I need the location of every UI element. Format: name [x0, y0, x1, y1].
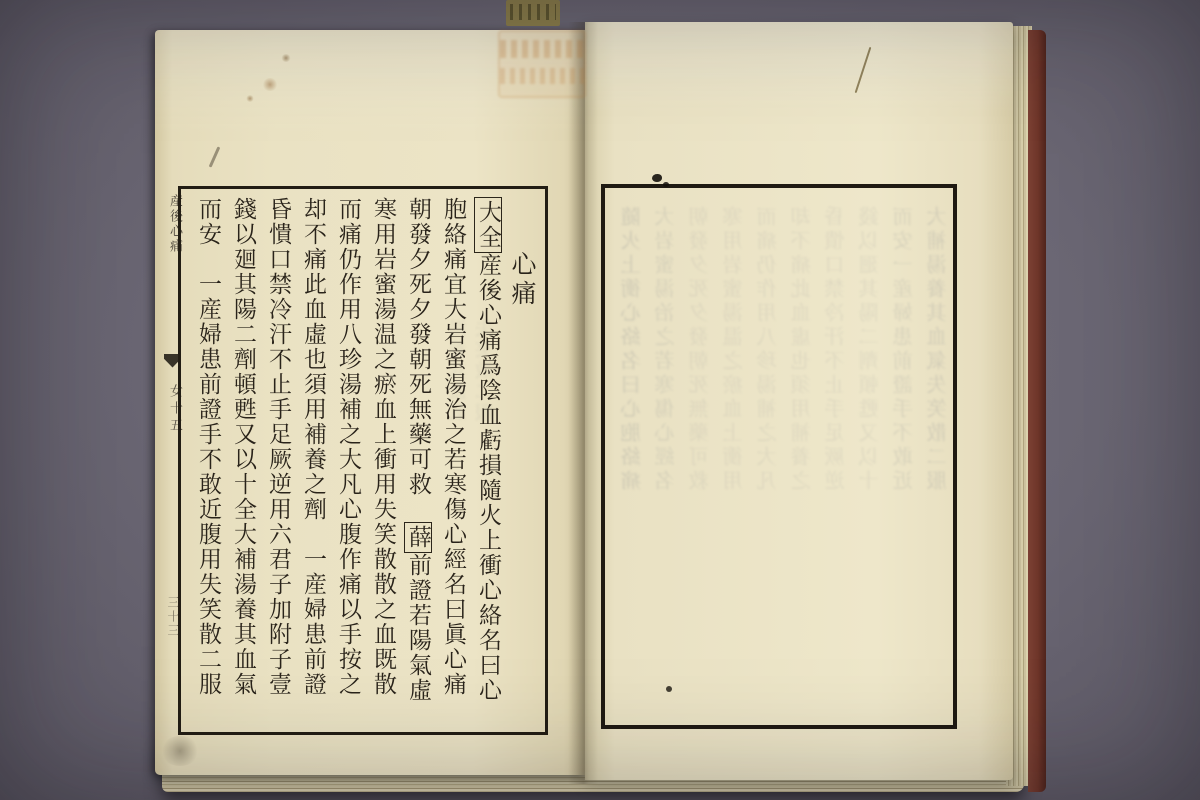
boxed-source-label: 大全	[474, 197, 502, 253]
text-run: 胞絡痛宜大岩蜜湯治之若寒傷心經名曰眞心痛	[440, 197, 466, 697]
text-run: 産後心痛爲陰血虧損隨火上衝心絡名曰心	[475, 253, 501, 703]
show-through-column: 大岩蜜湯治之若寒傷心經名	[649, 206, 683, 707]
show-through-column: 錢以廻其陽二劑頓甦又以十	[853, 206, 887, 707]
text-run: 錢以廻其陽二劑頓甦又以十全大補湯養其血氣	[230, 197, 256, 697]
show-through-layer: 隨火上衝心絡名曰心胞絡痛大岩蜜湯治之若寒傷心經名朝發夕死夕發朝死無藥可救寒用岩蜜…	[611, 192, 947, 721]
ink-blot	[666, 686, 672, 692]
open-book: 産後心痛 女十五 三十三 心痛 大全産後心痛爲陰血虧損隨火上衝心絡名曰心胞絡痛宜…	[148, 18, 1052, 790]
text-column: 而痛仍作用八珍湯補之大凡心腹作痛以手按之	[330, 197, 365, 724]
left-text-frame: 心痛 大全産後心痛爲陰血虧損隨火上衝心絡名曰心胞絡痛宜大岩蜜湯治之若寒傷心經名曰…	[178, 186, 548, 735]
right-text-frame: 隨火上衝心絡名曰心胞絡痛大岩蜜湯治之若寒傷心經名朝發夕死夕發朝死無藥可救寒用岩蜜…	[601, 184, 957, 729]
show-through-column: 隨火上衝心絡名曰心胞絡痛	[615, 206, 649, 707]
text-column: 錢以廻其陽二劑頓甦又以十全大補湯養其血氣	[225, 197, 260, 724]
column-gap	[300, 522, 326, 547]
text-column: 昏憒口禁冷汗不止手足厥逆用六君子加附子壹	[260, 197, 295, 724]
text-run: 昏憒口禁冷汗不止手足厥逆用六君子加附子壹	[265, 197, 291, 697]
show-through-column: 昏憒口禁冷汗不止手足厥逆	[819, 206, 853, 707]
show-through-column: 大補湯養其血氣失笑散二服	[921, 206, 955, 707]
text-column: 大全産後心痛爲陰血虧損隨火上衝心絡名曰心	[470, 197, 505, 724]
photo-background: 産後心痛 女十五 三十三 心痛 大全産後心痛爲陰血虧損隨火上衝心絡名曰心胞絡痛宜…	[0, 0, 1200, 800]
ink-blot	[663, 182, 669, 187]
corner-smudge	[160, 736, 200, 766]
column-gap	[195, 247, 221, 272]
text-run: 一産婦患前證	[300, 547, 326, 697]
text-run: 却不痛此血虛也須用補養之劑	[300, 197, 326, 522]
show-through-column: 朝發夕死夕發朝死無藥可救	[683, 206, 717, 707]
boxed-source-label: 薛	[404, 522, 432, 553]
text-column: 却不痛此血虛也須用補養之劑 一産婦患前證	[295, 197, 330, 724]
show-through-column: 而痛仍作用八珍湯補之大凡	[751, 206, 785, 707]
text-run: 前證若陽氣虛	[405, 553, 431, 703]
show-through-column: 寒用岩蜜湯温之瘀血上衝用	[717, 206, 751, 707]
spine-label-tag	[506, 0, 560, 26]
text-column: 寒用岩蜜湯温之瘀血上衝用失笑散散之血既散	[365, 197, 400, 724]
left-page: 産後心痛 女十五 三十三 心痛 大全産後心痛爲陰血虧損隨火上衝心絡名曰心胞絡痛宜…	[155, 30, 585, 775]
text-run: 寒用岩蜜湯温之瘀血上衝用失笑散散之血既散	[370, 197, 396, 697]
text-column: 而安 一産婦患前證手不敢近腹用失笑散二服	[190, 197, 225, 724]
show-through-column: 却不痛此血虛也須用補養之	[785, 206, 819, 707]
ink-blot	[652, 174, 662, 182]
text-column: 朝發夕死夕發朝死無藥可救 薛前證若陽氣虛	[400, 197, 435, 724]
show-through-column: 而安一産婦患前證手不敢近	[887, 206, 921, 707]
book-cover-edge	[1028, 30, 1046, 792]
text-column: 胞絡痛宜大岩蜜湯治之若寒傷心經名曰眞心痛	[435, 197, 470, 724]
text-run: 而安	[195, 197, 221, 247]
text-run: 而痛仍作用八珍湯補之大凡心腹作痛以手按之	[335, 197, 361, 697]
text-run: 朝發夕死夕發朝死無藥可救	[405, 197, 431, 497]
right-page: 隨火上衝心絡名曰心胞絡痛大岩蜜湯治之若寒傷心經名朝發夕死夕發朝死無藥可救寒用岩蜜…	[585, 22, 1013, 780]
text-columns: 心痛 大全産後心痛爲陰血虧損隨火上衝心絡名曰心胞絡痛宜大岩蜜湯治之若寒傷心經名曰…	[181, 189, 545, 732]
library-seal-stamp	[498, 30, 586, 98]
section-title-column: 心痛	[505, 197, 540, 778]
text-run: 一産婦患前證手不敢近腹用失笑散二服	[195, 272, 221, 697]
column-gap	[405, 497, 431, 522]
